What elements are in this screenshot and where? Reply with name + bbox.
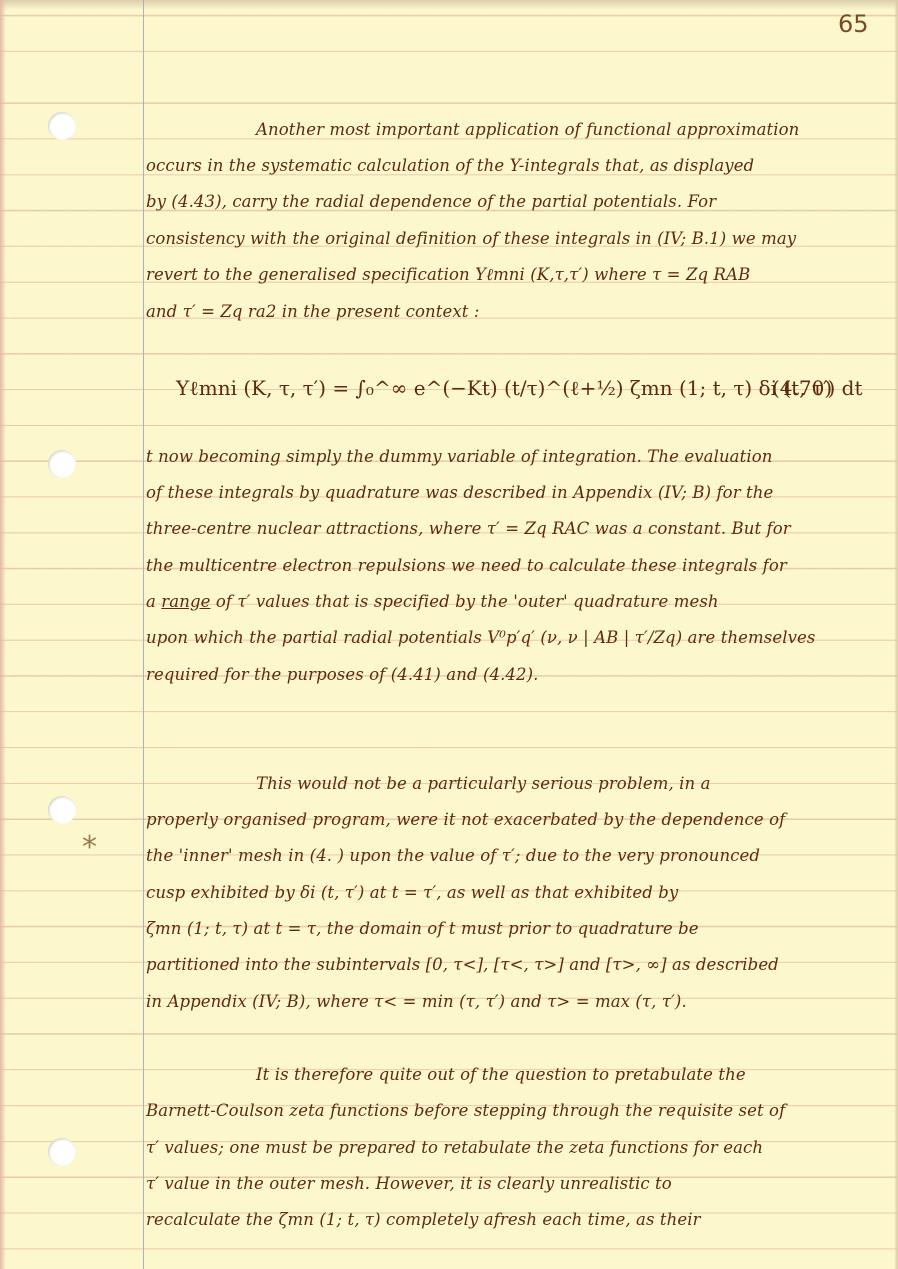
notebook-page: * 65 Another most important application … xyxy=(0,0,898,1269)
text-line: ζmn (1; t, τ) at t = τ, the domain of t … xyxy=(146,919,884,938)
page-number: 65 xyxy=(838,10,869,38)
text-line: by (4.43), carry the radial dependence o… xyxy=(146,192,884,211)
text-line: τ′ value in the outer mesh. However, it … xyxy=(146,1174,884,1193)
text-line: revert to the generalised specification … xyxy=(146,265,884,285)
text-line: t now becoming simply the dummy variable… xyxy=(146,447,884,466)
text-line: It is therefore quite out of the questio… xyxy=(256,1065,884,1084)
text-line: of these integrals by quadrature was des… xyxy=(146,483,884,502)
equation-4-70: Yℓmni (K, τ, τ′) = ∫₀^∞ e^(−Kt) (t/τ)^(ℓ… xyxy=(176,376,863,401)
text-line: recalculate the ζmn (1; t, τ) completely… xyxy=(146,1210,884,1229)
text-line: cusp exhibited by δi (t, τ′) at t = τ′, … xyxy=(146,883,884,902)
punch-hole-icon xyxy=(48,112,76,140)
text-line: τ′ values; one must be prepared to retab… xyxy=(146,1138,884,1157)
text-line: Barnett-Coulson zeta functions before st… xyxy=(146,1101,884,1120)
punch-hole-icon xyxy=(48,796,76,824)
text-line: the 'inner' mesh in (4. ) upon the value… xyxy=(146,846,884,865)
underlined-word: range xyxy=(161,592,210,611)
text-line: three-centre nuclear attractions, where … xyxy=(146,519,884,538)
text-line: occurs in the systematic calculation of … xyxy=(146,156,884,175)
text-line: upon which the partial radial potentials… xyxy=(146,628,884,647)
text-line: a range of τ′ values that is specified b… xyxy=(146,592,884,611)
page-right-edge xyxy=(894,0,898,1269)
text-line: the multicentre electron repulsions we n… xyxy=(146,556,884,575)
equation-number: (4.70) xyxy=(772,376,832,400)
margin-rule xyxy=(143,0,144,1269)
text-line: properly organised program, were it not … xyxy=(146,810,884,829)
punch-hole-icon xyxy=(48,1138,76,1166)
text-line: partitioned into the subintervals [0, τ<… xyxy=(146,955,884,974)
text-line: consistency with the original definition… xyxy=(146,229,884,248)
text-line: Another most important application of fu… xyxy=(256,120,884,139)
margin-asterisk-icon: * xyxy=(82,830,97,865)
text-line: This would not be a particularly serious… xyxy=(256,774,884,793)
page-top-edge xyxy=(0,0,898,10)
equation-lhs: Yℓmni (K, τ, τ′) = xyxy=(176,376,356,400)
text-line: and τ′ = Zq ra2 in the present context : xyxy=(146,302,884,321)
text-line: required for the purposes of (4.41) and … xyxy=(146,665,884,684)
text-line: in Appendix (IV; B), where τ< = min (τ, … xyxy=(146,992,884,1011)
page-left-edge xyxy=(0,0,6,1269)
punch-hole-icon xyxy=(48,450,76,478)
